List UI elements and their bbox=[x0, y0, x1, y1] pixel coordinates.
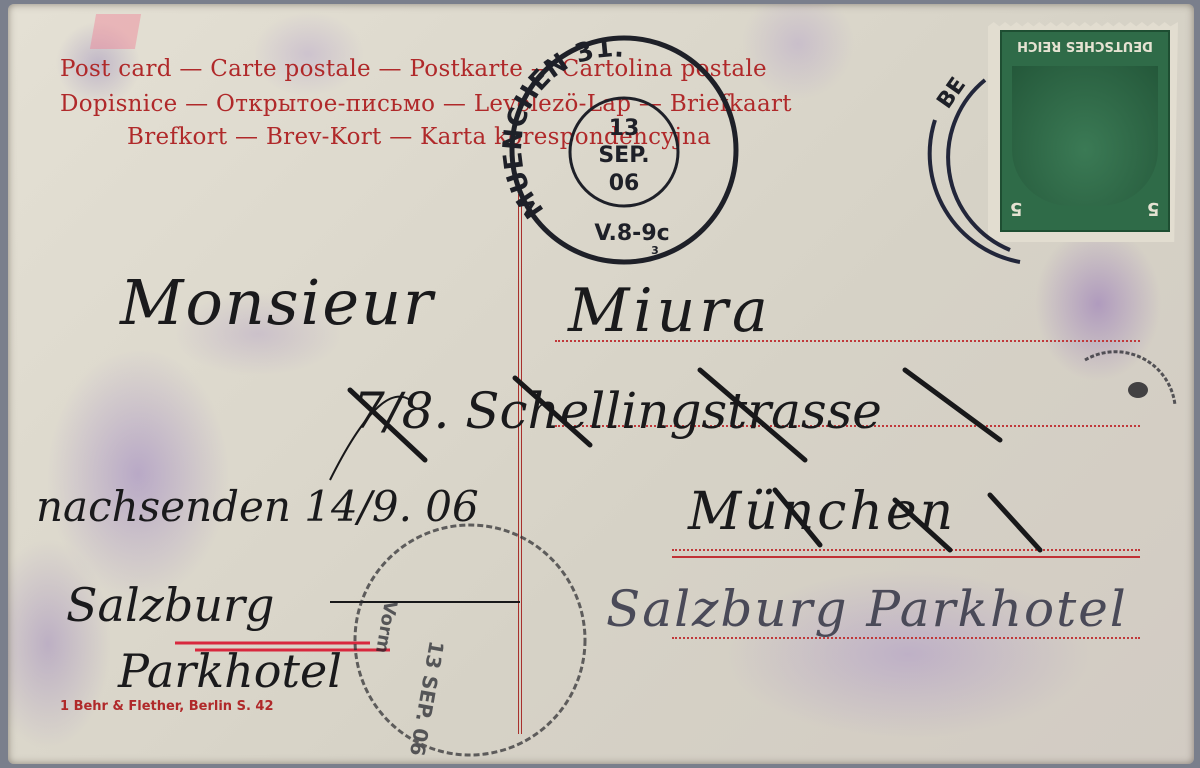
forward-strokes bbox=[330, 397, 520, 602]
postmark-arrival: 13 SEP. 06 Vorm bbox=[355, 525, 585, 758]
postmark-arrival-time: Vorm bbox=[371, 599, 401, 655]
postmark-day: 13 bbox=[609, 116, 640, 141]
postmark-city: MUENCHEN 31. bbox=[498, 33, 625, 223]
postmark-year: 06 bbox=[609, 171, 640, 196]
postmark-munich: MUENCHEN 31. 13 SEP. 06 V.8-9c 3 bbox=[498, 33, 736, 262]
ink-overlay: MUENCHEN 31. 13 SEP. 06 V.8-9c 3 BE 13 S… bbox=[0, 0, 1200, 768]
postmark-month: SEP. bbox=[598, 143, 649, 168]
postmark-berlin: BE bbox=[930, 73, 1020, 262]
partial-mark-right bbox=[1085, 352, 1175, 405]
postmark-berlin-text: BE bbox=[932, 73, 971, 113]
svg-text:MUENCHEN 31.: MUENCHEN 31. bbox=[498, 33, 625, 223]
postmark-time: V.8-9c bbox=[594, 221, 669, 246]
postmark-arrival-date: 13 SEP. 06 bbox=[405, 639, 449, 758]
red-underline bbox=[175, 643, 390, 650]
postmark-number: 3 bbox=[651, 244, 659, 257]
strikethrough-marks bbox=[350, 370, 1040, 550]
